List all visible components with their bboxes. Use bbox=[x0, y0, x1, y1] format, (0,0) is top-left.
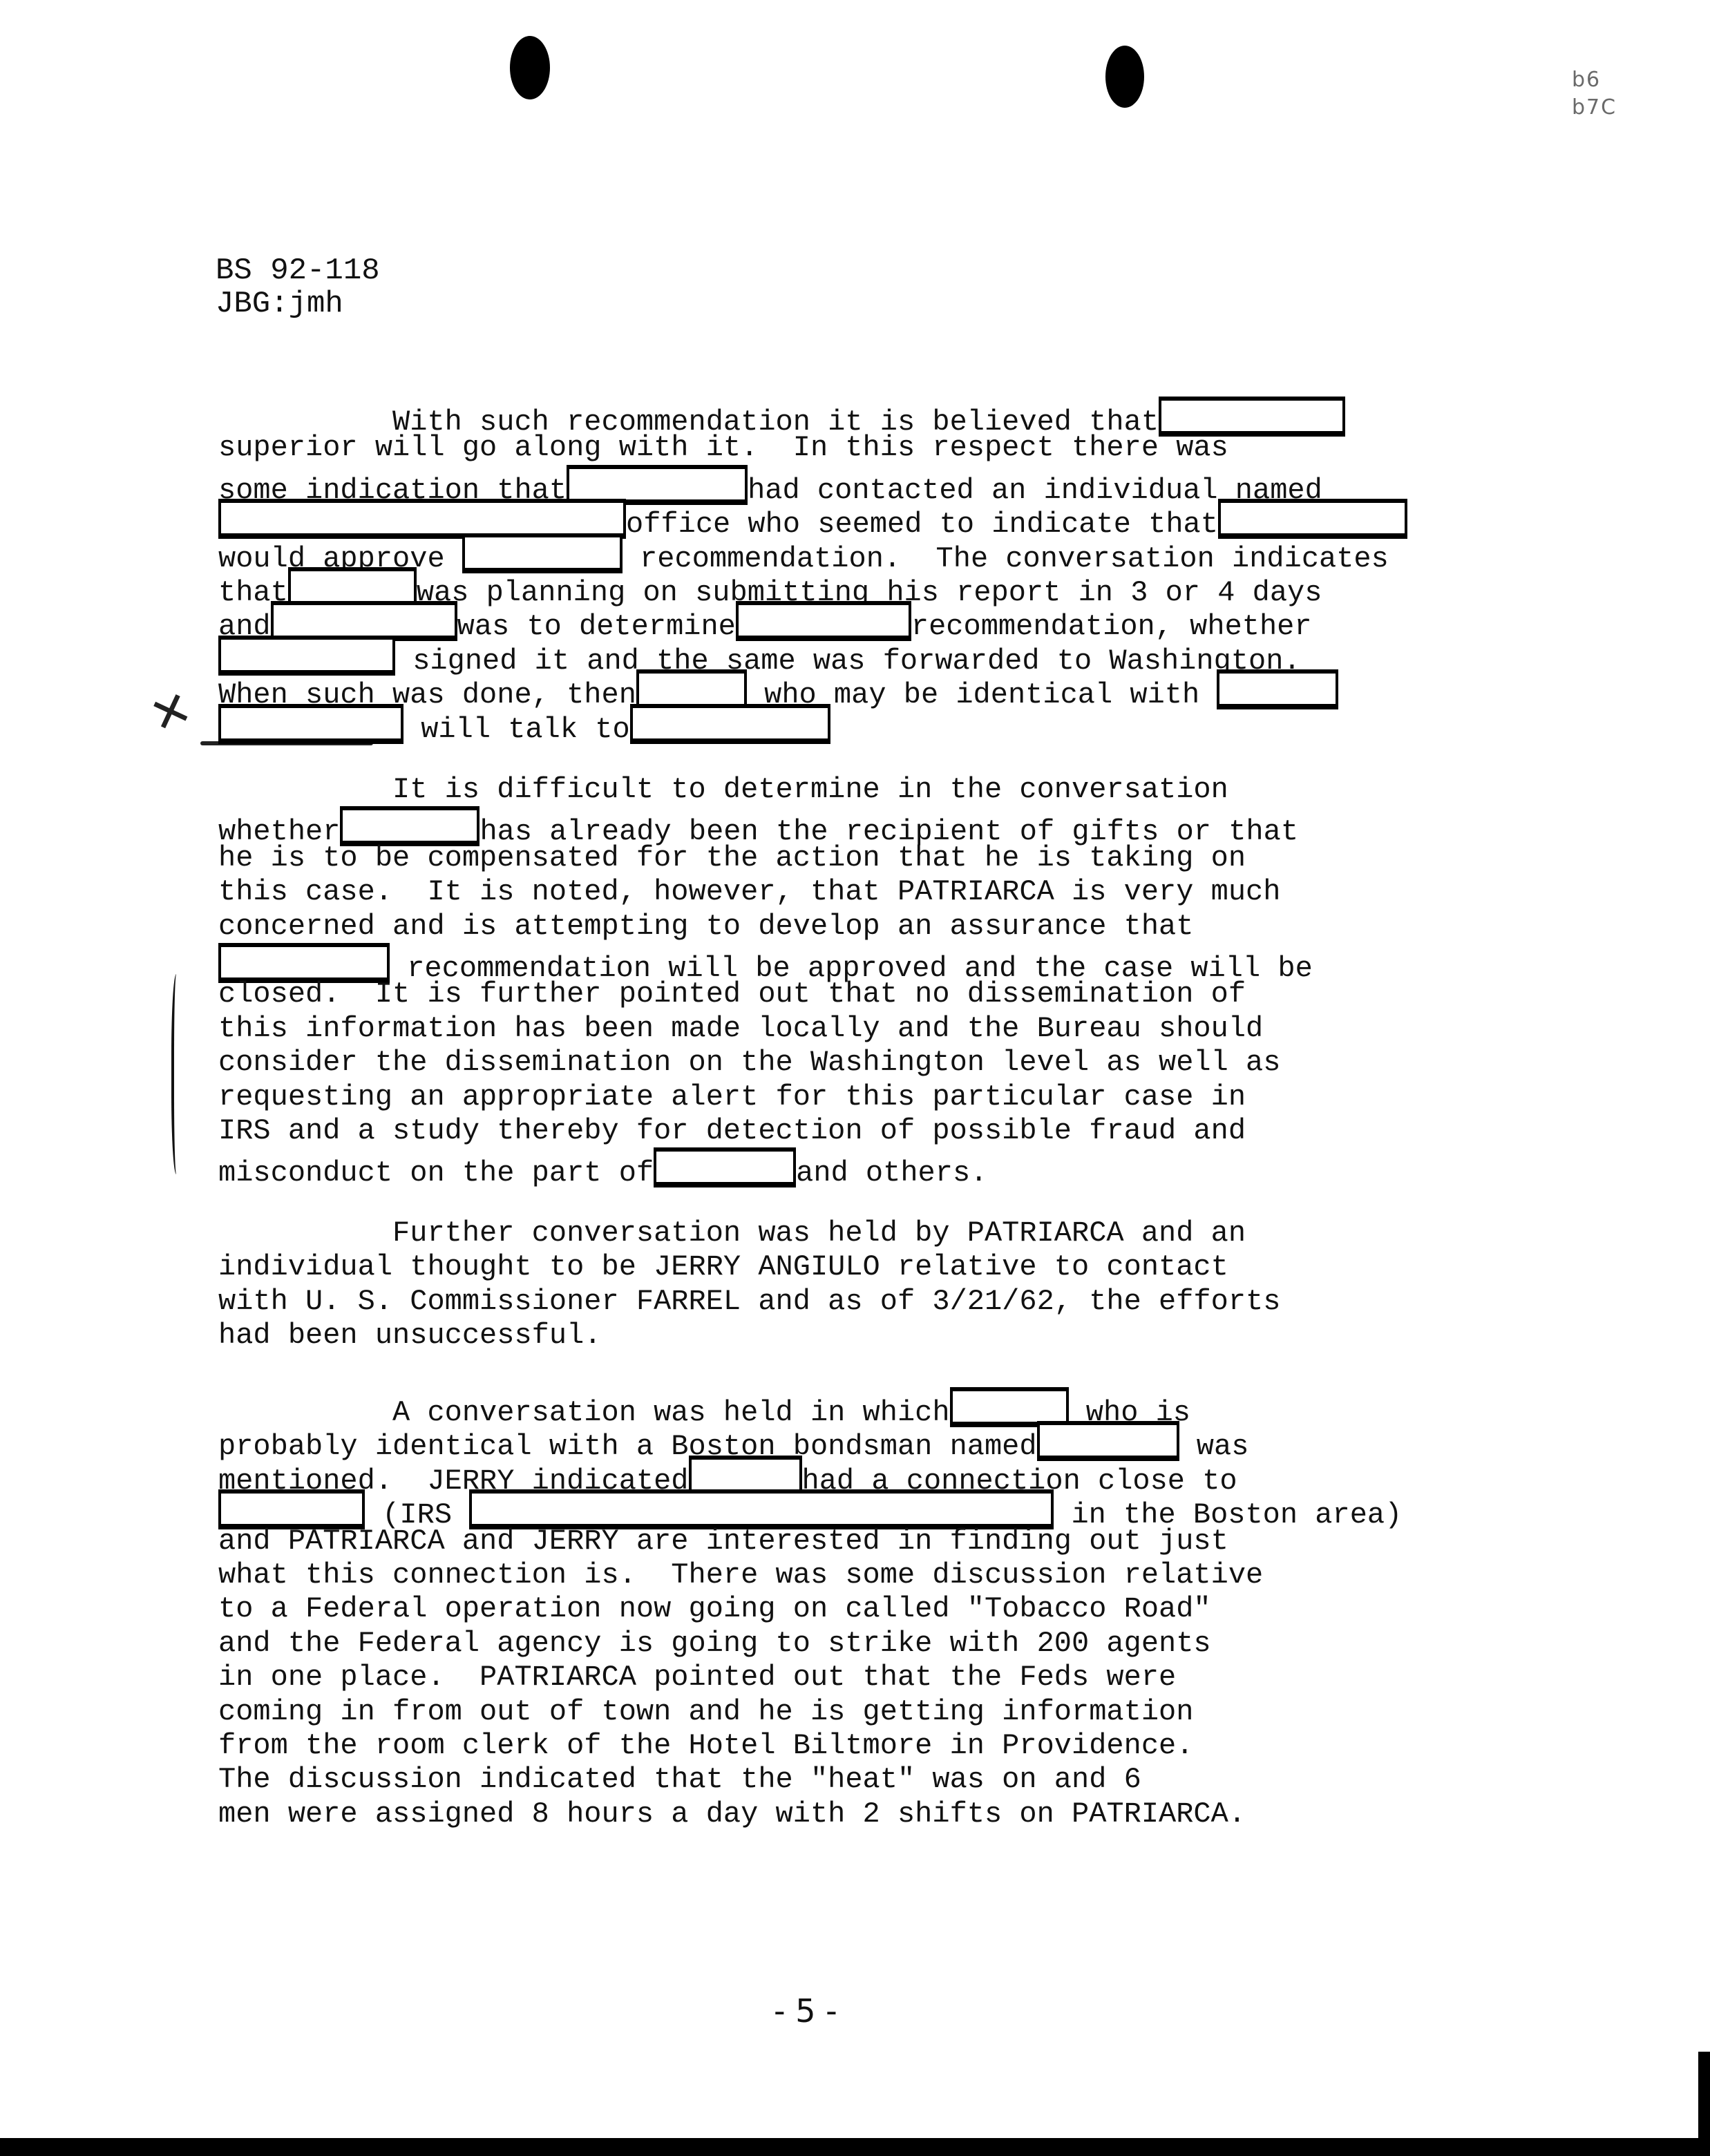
redaction-box bbox=[654, 1147, 796, 1187]
text-line: this case. It is noted, however, that PA… bbox=[218, 875, 1280, 909]
scan-edge-right bbox=[1698, 2052, 1710, 2156]
punch-hole-left bbox=[510, 36, 550, 99]
text-line: and the Federal agency is going to strik… bbox=[218, 1626, 1211, 1661]
text-line: Further conversation was held by PATRIAR… bbox=[218, 1216, 1246, 1250]
text-run: this information has been made locally a… bbox=[218, 1012, 1263, 1045]
text-line: requesting an appropriate alert for this… bbox=[218, 1080, 1246, 1114]
exemption-codes: b6 b7C bbox=[1572, 66, 1617, 122]
page-number: - 5 - bbox=[774, 1992, 837, 2030]
text-run: Further conversation was held by PATRIAR… bbox=[218, 1217, 1246, 1250]
text-line: and PATRIARCA and JERRY are interested i… bbox=[218, 1524, 1228, 1558]
text-line: misconduct on the part ofand others. bbox=[218, 1147, 987, 1190]
text-run: IRS and a study thereby for detection of… bbox=[218, 1114, 1246, 1147]
text-line: what this connection is. There was some … bbox=[218, 1558, 1263, 1592]
text-line: had been unsuccessful. bbox=[218, 1318, 602, 1353]
text-run: he is to be compensated for the action t… bbox=[218, 841, 1246, 875]
text-line: coming in from out of town and he is get… bbox=[218, 1695, 1193, 1729]
text-run: had been unsuccessful. bbox=[218, 1319, 602, 1352]
text-line: consider the dissemination on the Washin… bbox=[218, 1045, 1280, 1080]
text-run: concerned and is attempting to develop a… bbox=[218, 910, 1193, 943]
text-line: closed. It is further pointed out that n… bbox=[218, 977, 1246, 1011]
text-run: will talk to bbox=[403, 713, 630, 746]
text-line: to a Federal operation now going on call… bbox=[218, 1592, 1211, 1626]
text-line: this information has been made locally a… bbox=[218, 1011, 1263, 1046]
file-number: BS 92-118 bbox=[216, 254, 380, 287]
text-line: men were assigned 8 hours a day with 2 s… bbox=[218, 1797, 1246, 1831]
text-line: concerned and is attempting to develop a… bbox=[218, 909, 1193, 944]
margin-x-mark: ✕ bbox=[142, 678, 200, 745]
text-line: superior will go along with it. In this … bbox=[218, 430, 1228, 465]
text-run: men were assigned 8 hours a day with 2 s… bbox=[218, 1797, 1246, 1831]
text-run: and PATRIARCA and JERRY are interested i… bbox=[218, 1525, 1228, 1558]
punch-hole-right bbox=[1105, 46, 1144, 108]
text-run: and others. bbox=[796, 1156, 987, 1190]
text-run: It is difficult to determine in the conv… bbox=[218, 773, 1228, 806]
text-run: and the Federal agency is going to strik… bbox=[218, 1627, 1211, 1660]
text-run: to a Federal operation now going on call… bbox=[218, 1592, 1211, 1625]
text-run: what this connection is. There was some … bbox=[218, 1558, 1263, 1592]
margin-bracket-mark bbox=[171, 974, 184, 1174]
redaction-box bbox=[218, 704, 403, 744]
scan-edge-bottom bbox=[0, 2138, 1710, 2156]
text-line: It is difficult to determine in the conv… bbox=[218, 772, 1228, 807]
redaction-box bbox=[630, 704, 830, 744]
typist-initials: JBG:jmh bbox=[216, 287, 380, 321]
text-run: closed. It is further pointed out that n… bbox=[218, 977, 1246, 1011]
text-line: individual thought to be JERRY ANGIULO r… bbox=[218, 1250, 1228, 1284]
text-run: The discussion indicated that the "heat"… bbox=[218, 1763, 1141, 1796]
text-line: from the room clerk of the Hotel Biltmor… bbox=[218, 1728, 1193, 1763]
file-header: BS 92-118 JBG:jmh bbox=[216, 254, 380, 321]
text-line: in one place. PATRIARCA pointed out that… bbox=[218, 1660, 1176, 1695]
text-run: in one place. PATRIARCA pointed out that… bbox=[218, 1661, 1176, 1694]
text-line: will talk to bbox=[218, 704, 830, 747]
exemption-code: b7C bbox=[1572, 94, 1617, 122]
text-run: consider the dissemination on the Washin… bbox=[218, 1046, 1280, 1079]
text-line: The discussion indicated that the "heat"… bbox=[218, 1762, 1141, 1797]
text-run: superior will go along with it. In this … bbox=[218, 431, 1228, 464]
text-run: individual thought to be JERRY ANGIULO r… bbox=[218, 1250, 1228, 1284]
text-run: misconduct on the part of bbox=[218, 1156, 654, 1190]
text-run: requesting an appropriate alert for this… bbox=[218, 1080, 1246, 1114]
text-run: this case. It is noted, however, that PA… bbox=[218, 875, 1280, 908]
redaction-box bbox=[1217, 669, 1338, 709]
text-run: from the room clerk of the Hotel Biltmor… bbox=[218, 1729, 1193, 1762]
text-line: he is to be compensated for the action t… bbox=[218, 841, 1246, 875]
text-line: with U. S. Commissioner FARREL and as of… bbox=[218, 1284, 1280, 1319]
document-page: b6 b7C BS 92-118 JBG:jmh ✕ With such rec… bbox=[0, 0, 1710, 2156]
text-run: coming in from out of town and he is get… bbox=[218, 1695, 1193, 1728]
text-line: IRS and a study thereby for detection of… bbox=[218, 1114, 1246, 1148]
exemption-code: b6 bbox=[1572, 66, 1617, 94]
text-run: with U. S. Commissioner FARREL and as of… bbox=[218, 1285, 1280, 1318]
